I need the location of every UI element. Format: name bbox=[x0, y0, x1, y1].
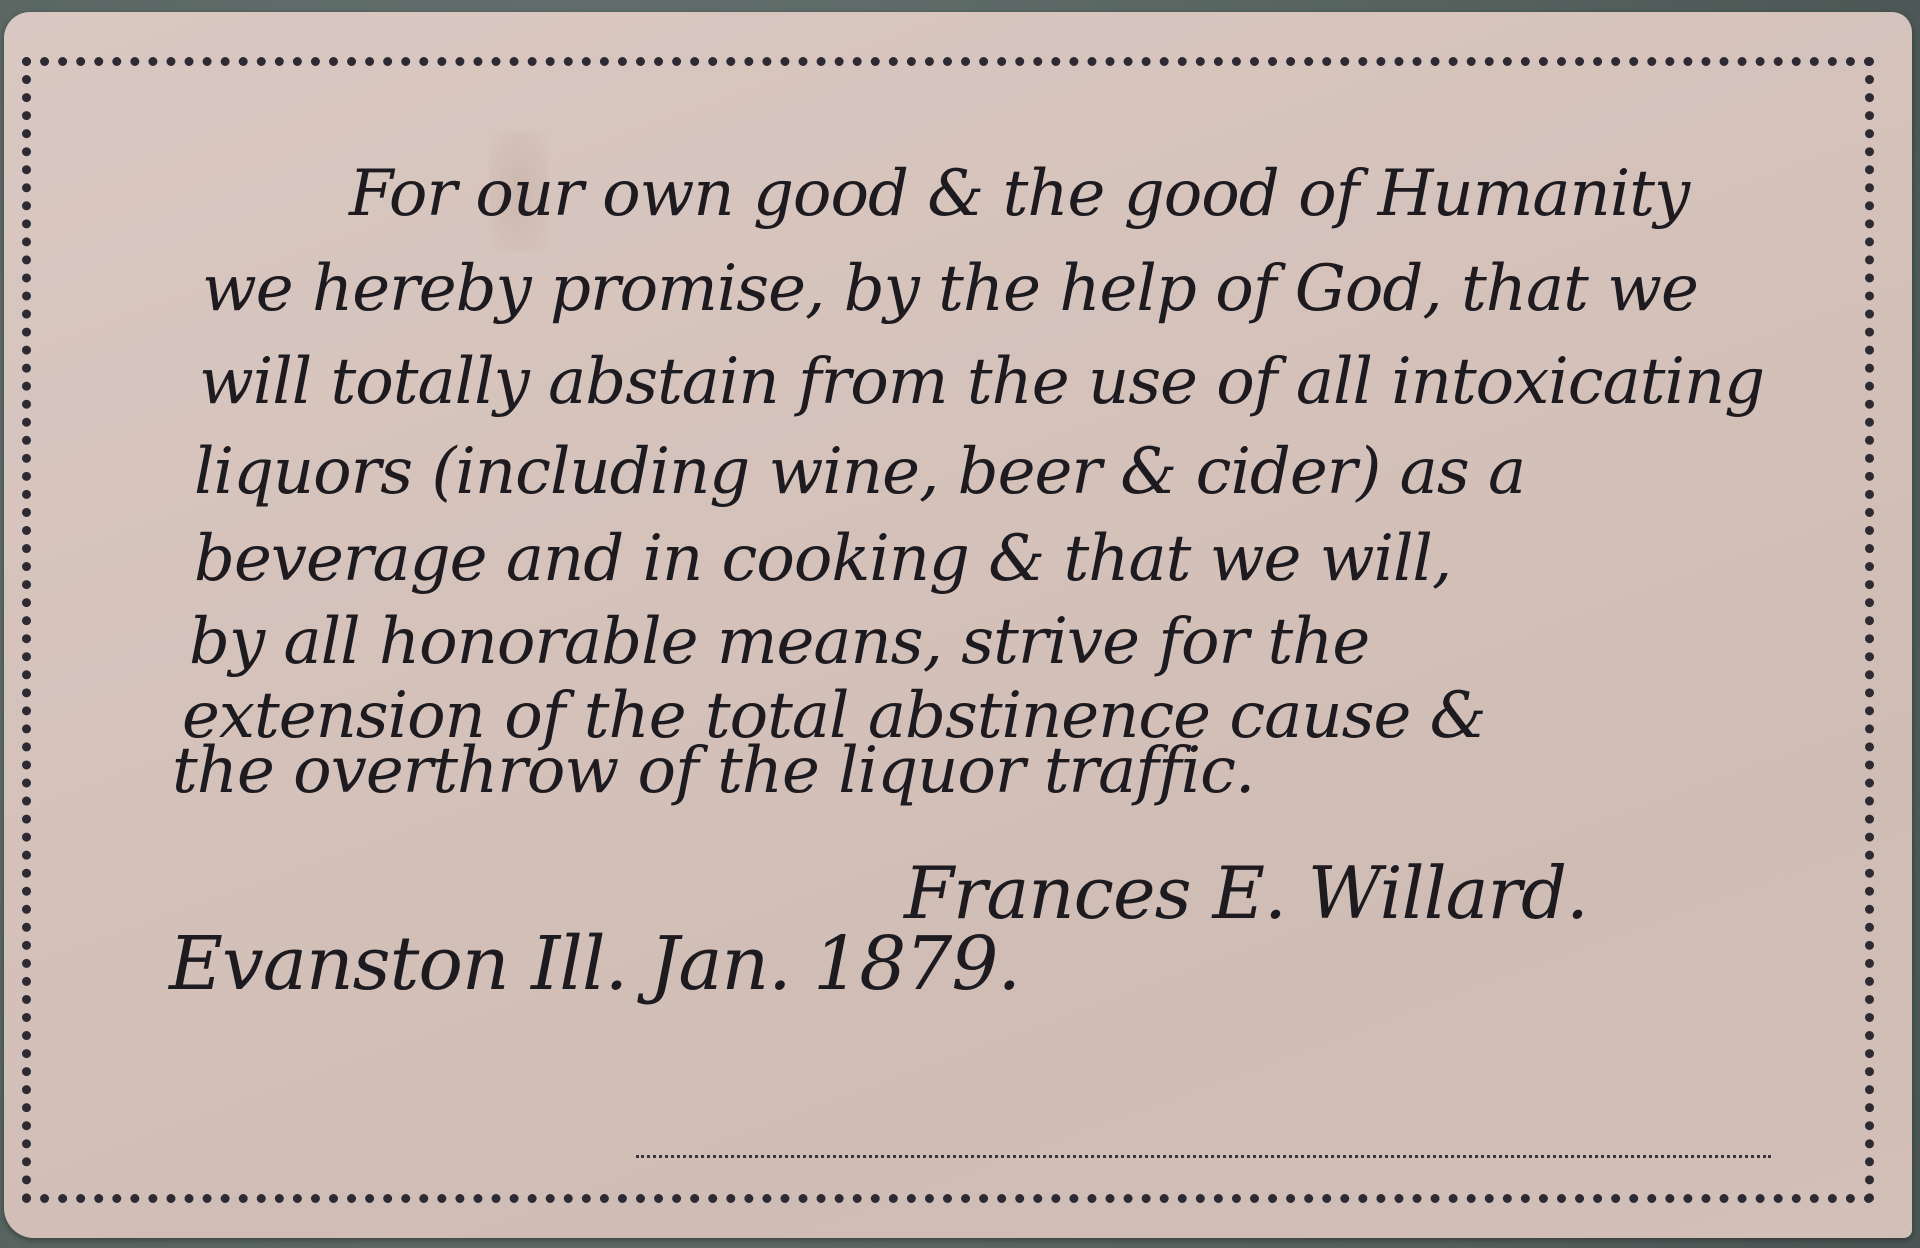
pledge-line-4: liquors (including wine, beer & cider) a… bbox=[194, 440, 1525, 504]
signature: Frances E. Willard. bbox=[904, 857, 1588, 929]
pledge-line-1: For our own good & the good of Humanity bbox=[349, 162, 1689, 226]
pledge-line-3: will totally abstain from the use of all… bbox=[199, 350, 1764, 414]
pledge-text: For our own good & the good of Humanity … bbox=[4, 12, 1912, 1238]
pledge-line-6: by all honorable means, strive for the bbox=[189, 610, 1369, 674]
pledge-line-2: we hereby promise, by the help of God, t… bbox=[202, 257, 1698, 321]
pledge-line-8: the overthrow of the liquor traffic. bbox=[172, 739, 1254, 803]
place-and-date: Evanston Ill. Jan. 1879. bbox=[169, 927, 1020, 1001]
pledge-card: For our own good & the good of Humanity … bbox=[4, 12, 1912, 1238]
blank-signature-line bbox=[636, 1155, 1771, 1158]
pledge-line-5: beverage and in cooking & that we will, bbox=[194, 527, 1451, 591]
